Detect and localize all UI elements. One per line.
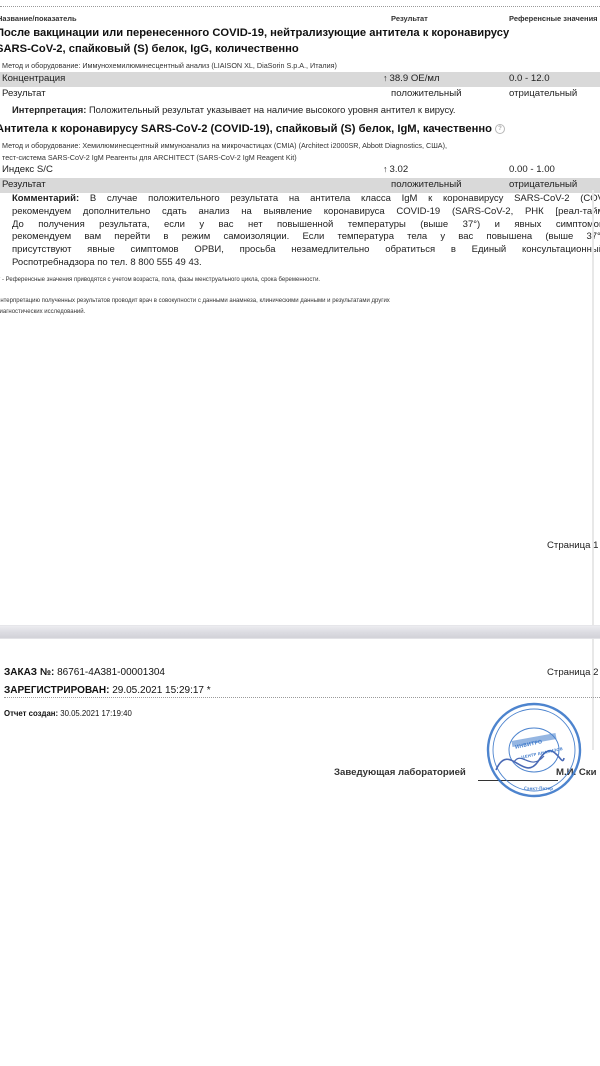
comment-block: Комментарий: В случае положительного рез…: [12, 193, 600, 270]
registered-date: ЗАРЕГИСТРИРОВАН: 29.05.2021 15:29:17 *: [4, 685, 211, 696]
order-label: ЗАКАЗ №:: [4, 667, 54, 678]
comment-line: рекомендуем вам перейти в режим самоизол…: [12, 231, 600, 244]
info-icon[interactable]: ?: [495, 124, 505, 134]
registered-value: 29.05.2021 15:29:17 *: [109, 685, 210, 696]
signature-label: Заведующая лабораторией: [334, 767, 466, 778]
table-row-index-sc: Индекс S/C ↑3.02 0.00 - 1.00: [0, 163, 600, 178]
row-reference: 0.0 - 12.0: [509, 73, 550, 84]
high-flag-icon: ↑: [383, 164, 388, 174]
test-title-igm: Антитела к коронавирусу SARS-CoV-2 (COVI…: [0, 123, 505, 135]
row-reference: 0.00 - 1.00: [509, 164, 555, 175]
test-method-igm-line2: тест-система SARS-CoV-2 IgM Реагенты для…: [2, 153, 297, 162]
order-number: ЗАКАЗ №: 86761-4A381-00001304: [4, 667, 165, 678]
column-header-result: Результат: [391, 14, 428, 23]
column-header-reference: Референсные значения: [509, 14, 598, 23]
row-name: Концентрация: [2, 73, 65, 84]
interpretation-label: Интерпретация:: [12, 104, 86, 115]
footnote-interpretation-line2: диагностических исследований.: [0, 309, 85, 315]
row-name: Результат: [2, 88, 46, 99]
test-method-igg: Метод и оборудование: Иммунохемилюминесц…: [2, 61, 337, 70]
comment-line: Роспотребнадзора по тел. 8 800 555 49 43…: [12, 257, 600, 270]
svg-text:Санкт-Петер: Санкт-Петер: [524, 786, 553, 791]
row-name: Индекс S/C: [2, 164, 53, 175]
row-reference: отрицательный: [509, 88, 577, 99]
test-title-igg-line1: После вакцинации или перенесенного COVID…: [0, 27, 509, 39]
stamp-icon: ИНВИТРО ЦЕНТР АНАЛИЗОВ Санкт-Петер: [484, 700, 584, 800]
test-title-igg-line2: SARS-CoV-2, спайковый (S) белок, IgG, ко…: [0, 43, 299, 55]
comment-line: присутствуют явные симптомов ОРВИ, прось…: [12, 244, 600, 257]
registered-dotted-rule: [4, 697, 600, 698]
comment-line: До получения результата, если у вас нет …: [12, 219, 600, 232]
order-value: 86761-4A381-00001304: [54, 667, 165, 678]
row-result: ↑38.9 ОЕ/мл: [383, 73, 440, 84]
top-dotted-rule: [0, 6, 600, 7]
page-number-1: Страница 1: [547, 540, 598, 551]
row-result: ↑3.02: [383, 164, 408, 175]
footnote-interpretation-line1: Интерпретацию полученных результатов про…: [0, 298, 390, 304]
row-name: Результат: [2, 179, 46, 190]
footnote-reference: * - Референсные значения приводятся с уч…: [0, 277, 320, 283]
comment-label: Комментарий:: [12, 193, 79, 204]
report-created: Отчет создан: 30.05.2021 17:19:40: [4, 709, 132, 718]
high-flag-icon: ↑: [383, 73, 388, 83]
row-reference: отрицательный: [509, 179, 577, 190]
created-label: Отчет создан:: [4, 709, 58, 718]
table-row-concentration: Концентрация ↑38.9 ОЕ/мл 0.0 - 12.0: [0, 72, 600, 87]
created-value: 30.05.2021 17:19:40: [58, 709, 132, 718]
interpretation-text: Положительный результат указывает на нал…: [86, 104, 455, 115]
table-row-result-igg: Результат положительный отрицательный: [0, 87, 600, 102]
registered-label: ЗАРЕГИСТРИРОВАН:: [4, 685, 109, 696]
page-right-edge: [592, 190, 594, 750]
column-header-name: Название/показатель: [0, 14, 77, 23]
row-result: положительный: [391, 88, 461, 99]
table-row-result-igm: Результат положительный отрицательный: [0, 178, 600, 193]
interpretation: Интерпретация: Положительный результат у…: [12, 104, 456, 115]
page-separator: [0, 625, 600, 639]
page-number-2: Страница 2: [547, 667, 598, 678]
comment-line: Комментарий: В случае положительного рез…: [12, 193, 600, 206]
comment-line: рекомендуем дополнительно сдать анализ н…: [12, 206, 600, 219]
test-method-igm-line1: Метод и оборудование: Хемилюминесцентный…: [2, 141, 447, 150]
row-result: положительный: [391, 179, 461, 190]
lab-stamp: ИНВИТРО ЦЕНТР АНАЛИЗОВ Санкт-Петер: [484, 700, 584, 800]
